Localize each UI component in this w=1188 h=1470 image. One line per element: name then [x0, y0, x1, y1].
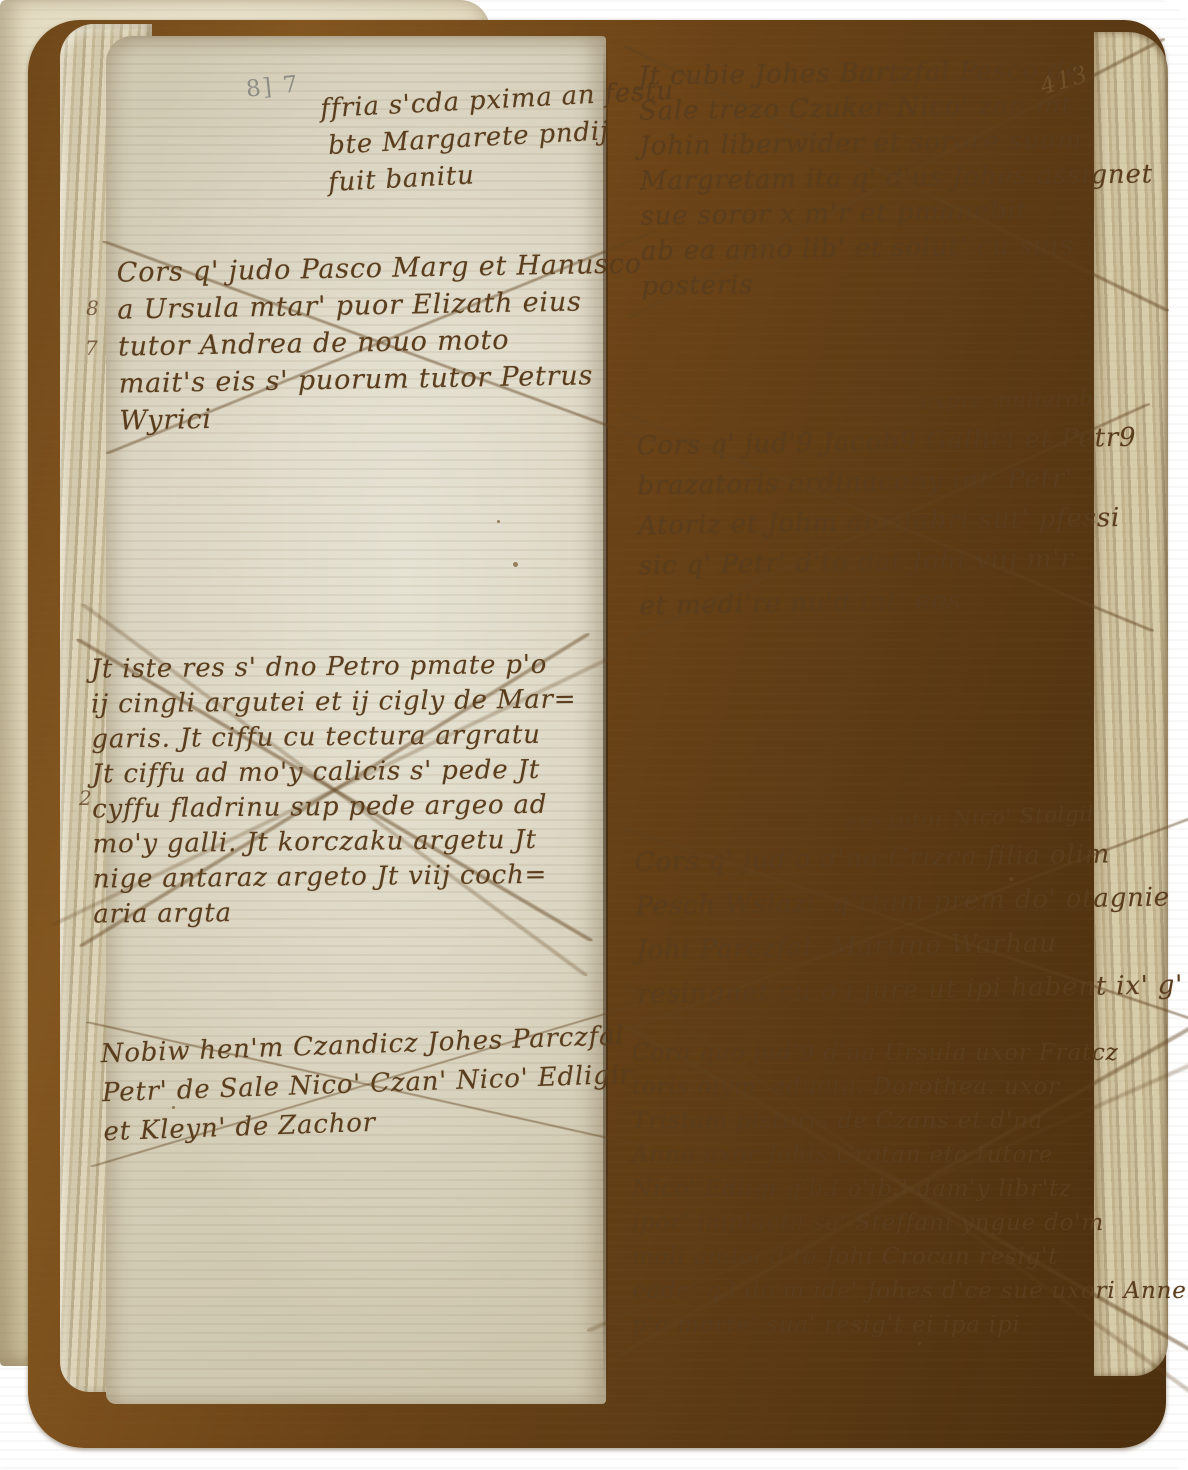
manuscript-line: toris olym' aduota. Dorothea. uxor [632, 1070, 1187, 1104]
manuscript-line: Jt cubie Johes Bartzfal Pesco de [638, 52, 1151, 94]
manuscript-line: ipor' implacta sa' Steffani yngue do'm [632, 1206, 1187, 1240]
manuscript-line: Jt ciffu ad mo'y calicis s' pede Jt [92, 752, 578, 792]
manuscript-line: aria argta [93, 892, 579, 932]
margin-mark: 7 [85, 336, 98, 360]
manuscript-block: Jt cubie Johes Bartzfal Pesco de Sale tr… [638, 52, 1154, 304]
manuscript-line: nige antaraz argeto Jt viij coch= [93, 857, 579, 897]
ink-speck [918, 1342, 921, 1345]
gutter-shadow [603, 38, 608, 1394]
manuscript-line: Cora quo jud'9 d'na Ursula uxor Fratcz [632, 1036, 1187, 1070]
manuscript-line: Tristam pistoris de Czans et d'na [632, 1104, 1187, 1138]
pencil-folio-marks: 8] 7 [245, 71, 301, 102]
manuscript-line: cyffu fladrinu sup pede argeo ad [92, 787, 578, 827]
margin-mark: 2 [79, 786, 92, 810]
manuscript-line: eade' q3 do'm ide' Johes d'ce sue uxori … [632, 1274, 1187, 1308]
manuscript-line: Jt iste res s' dno Petro pmate p'o [91, 647, 577, 687]
manuscript-line: Margretam ita q' d'us Johes assignet [640, 157, 1153, 199]
manuscript-block: Cors q' jud'o d'na Crizca filia olim Pes… [635, 831, 1184, 1017]
manuscript-line: posteris [641, 262, 1154, 304]
ink-speck [1009, 877, 1013, 881]
manuscript-line: moli amloi d'to Johi Crocan resig't [632, 1240, 1187, 1274]
margin-mark: 8 [86, 296, 99, 320]
manuscript-line: ij cingli argutei et ij cigly de Mar= [91, 682, 577, 722]
manuscript-block: Nobiw hen'm Czandicz Johes Parczfal Petr… [100, 1017, 635, 1152]
manuscript-line: Nico' Edligi q'b3 o'ib3 dam'y libr'tz [632, 1172, 1187, 1206]
manuscript-line: mo'y galli. Jt korczaku argetu Jt [92, 822, 578, 862]
manuscript-heading: ffria s'cda pxima an festu bte Margarete… [319, 73, 678, 202]
manuscript-marginal-heading: expre mulierob [920, 386, 1094, 413]
manuscript-block: Cora quo jud'9 d'na Ursula uxor Fratcz t… [632, 1036, 1187, 1342]
ink-speck [513, 562, 518, 567]
manuscript-line: p'o morte' sua' resig't ei ipa ipi [632, 1308, 1187, 1342]
ink-speck [497, 520, 500, 523]
manuscript-block: Cors q' jud'9 Jacob9 Gallici et Petr9 br… [636, 418, 1139, 627]
manuscript-line: Anna uxor Johis Crotan eto tutore [632, 1138, 1187, 1172]
manuscript-block: Cors q' judo Pasco Marg et Hanusco a Urs… [116, 245, 644, 439]
ink-speck [172, 1106, 175, 1109]
manuscript-block: Jt iste res s' dno Petro pmate p'o ij ci… [91, 647, 579, 932]
manuscript-line: garis. Jt ciffu cu tectura argratu [91, 717, 577, 757]
